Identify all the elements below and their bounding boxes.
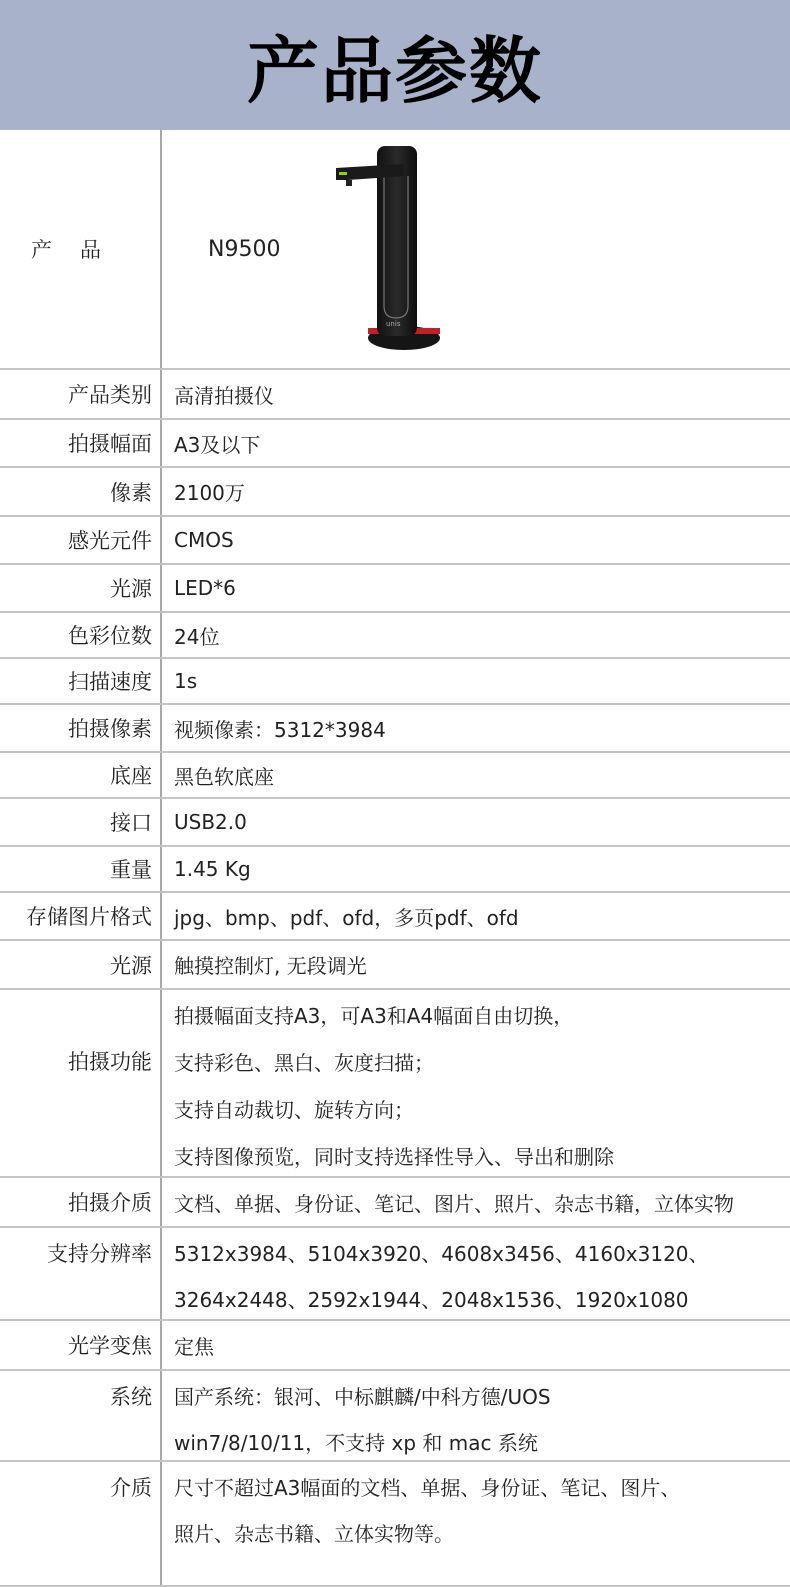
spec-value: LED*6 xyxy=(162,565,790,611)
spec-label: 产品类别 xyxy=(0,370,162,418)
spec-row: 接口USB2.0 xyxy=(0,799,790,847)
spec-value-line: 5312x3984、5104x3920、4608x3456、4160x3120、 xyxy=(174,1238,790,1284)
spec-row: 感光元件CMOS xyxy=(0,517,790,565)
spec-table: 产品 N9500 unis 产品类别高清拍摄仪拍摄幅面A3及以下像素2100万感… xyxy=(0,130,790,1587)
spec-value-line: 拍摄幅面支持A3，可A3和A4幅面自由切换， xyxy=(174,1000,790,1047)
spec-value-line: 支持自动裁切、旋转方向； xyxy=(174,1094,790,1141)
spec-value: 定焦 xyxy=(162,1321,790,1369)
spec-value: USB2.0 xyxy=(162,799,790,845)
spec-label: 拍摄像素 xyxy=(0,705,162,751)
spec-row: 底座黑色软底座 xyxy=(0,753,790,799)
spec-row: 拍摄功能拍摄幅面支持A3，可A3和A4幅面自由切换，支持彩色、黑白、灰度扫描；支… xyxy=(0,990,790,1178)
spec-row: 拍摄像素视频像素：5312*3984 xyxy=(0,705,790,753)
spec-value: 国产系统：银河、中标麒麟/中科方德/UOSwin7/8/10/11，不支持 xp… xyxy=(162,1371,790,1460)
spec-value-line: 国产系统：银河、中标麒麟/中科方德/UOS xyxy=(174,1381,790,1427)
spec-label: 存储图片格式 xyxy=(0,893,162,939)
spec-row: 重量1.45 Kg xyxy=(0,847,790,893)
spec-label: 光源 xyxy=(0,565,162,611)
spec-label: 接口 xyxy=(0,799,162,845)
spec-label: 介质 xyxy=(0,1462,162,1585)
spec-label: 重量 xyxy=(0,847,162,891)
svg-text:unis: unis xyxy=(386,320,401,328)
spec-label: 支持分辨率 xyxy=(0,1228,162,1319)
spec-label: 光学变焦 xyxy=(0,1321,162,1369)
spec-row: 产品类别高清拍摄仪 xyxy=(0,370,790,420)
spec-value: 2100万 xyxy=(162,468,790,515)
spec-label: 像素 xyxy=(0,468,162,515)
spec-row: 存储图片格式jpg、bmp、pdf、ofd，多页pdf、ofd xyxy=(0,893,790,941)
spec-value-line: win7/8/10/11，不支持 xp 和 mac 系统 xyxy=(174,1427,790,1460)
spec-row: 系统国产系统：银河、中标麒麟/中科方德/UOSwin7/8/10/11，不支持 … xyxy=(0,1371,790,1462)
product-row: 产品 N9500 unis xyxy=(0,130,790,370)
spec-value-line: 尺寸不超过A3幅面的文档、单据、身份证、笔记、图片、 xyxy=(174,1472,790,1518)
product-label: 产品 xyxy=(0,130,162,368)
spec-row: 拍摄幅面A3及以下 xyxy=(0,420,790,468)
document-camera-image: unis xyxy=(334,146,454,356)
spec-row: 扫描速度1s xyxy=(0,659,790,705)
spec-value: jpg、bmp、pdf、ofd，多页pdf、ofd xyxy=(162,893,790,939)
spec-value: CMOS xyxy=(162,517,790,563)
spec-label: 拍摄介质 xyxy=(0,1178,162,1226)
spec-label: 扫描速度 xyxy=(0,659,162,703)
spec-row: 光源触摸控制灯, 无段调光 xyxy=(0,941,790,990)
spec-value-line: 照片、杂志书籍、立体实物等。 xyxy=(174,1518,790,1564)
spec-value: 24位 xyxy=(162,613,790,657)
spec-label: 色彩位数 xyxy=(0,613,162,657)
product-value: N9500 unis xyxy=(162,130,790,368)
spec-value: 1.45 Kg xyxy=(162,847,790,891)
spec-row: 介质尺寸不超过A3幅面的文档、单据、身份证、笔记、图片、照片、杂志书籍、立体实物… xyxy=(0,1462,790,1587)
spec-value: 文档、单据、身份证、笔记、图片、照片、杂志书籍，立体实物 xyxy=(162,1178,790,1226)
spec-value: 1s xyxy=(162,659,790,703)
spec-label: 底座 xyxy=(0,753,162,797)
spec-row: 像素2100万 xyxy=(0,468,790,517)
spec-row: 支持分辨率5312x3984、5104x3920、4608x3456、4160x… xyxy=(0,1228,790,1321)
spec-value: 尺寸不超过A3幅面的文档、单据、身份证、笔记、图片、照片、杂志书籍、立体实物等。 xyxy=(162,1462,790,1585)
spec-value: 5312x3984、5104x3920、4608x3456、4160x3120、… xyxy=(162,1228,790,1319)
spec-value-line: 支持彩色、黑白、灰度扫描； xyxy=(174,1047,790,1094)
page-title: 产品参数 xyxy=(247,13,543,117)
spec-value: 拍摄幅面支持A3，可A3和A4幅面自由切换，支持彩色、黑白、灰度扫描；支持自动裁… xyxy=(162,990,790,1176)
spec-row: 拍摄介质文档、单据、身份证、笔记、图片、照片、杂志书籍，立体实物 xyxy=(0,1178,790,1228)
product-model: N9500 xyxy=(208,237,280,262)
spec-value: A3及以下 xyxy=(162,420,790,466)
spec-value: 触摸控制灯, 无段调光 xyxy=(162,941,790,988)
spec-value-line: 支持图像预览，同时支持选择性导入、导出和删除 xyxy=(174,1141,790,1176)
spec-label: 拍摄功能 xyxy=(0,990,162,1176)
spec-row: 色彩位数24位 xyxy=(0,613,790,659)
spec-row: 光源LED*6 xyxy=(0,565,790,613)
spec-row: 光学变焦定焦 xyxy=(0,1321,790,1371)
spec-value-line: 3264x2448、2592x1944、2048x1536、1920x1080 xyxy=(174,1284,790,1319)
spec-label: 感光元件 xyxy=(0,517,162,563)
spec-label: 拍摄幅面 xyxy=(0,420,162,466)
spec-value: 黑色软底座 xyxy=(162,753,790,797)
spec-label: 系统 xyxy=(0,1371,162,1460)
page-header: 产品参数 xyxy=(0,0,790,130)
spec-label: 光源 xyxy=(0,941,162,988)
spec-value: 高清拍摄仪 xyxy=(162,370,790,418)
spec-value: 视频像素：5312*3984 xyxy=(162,705,790,751)
